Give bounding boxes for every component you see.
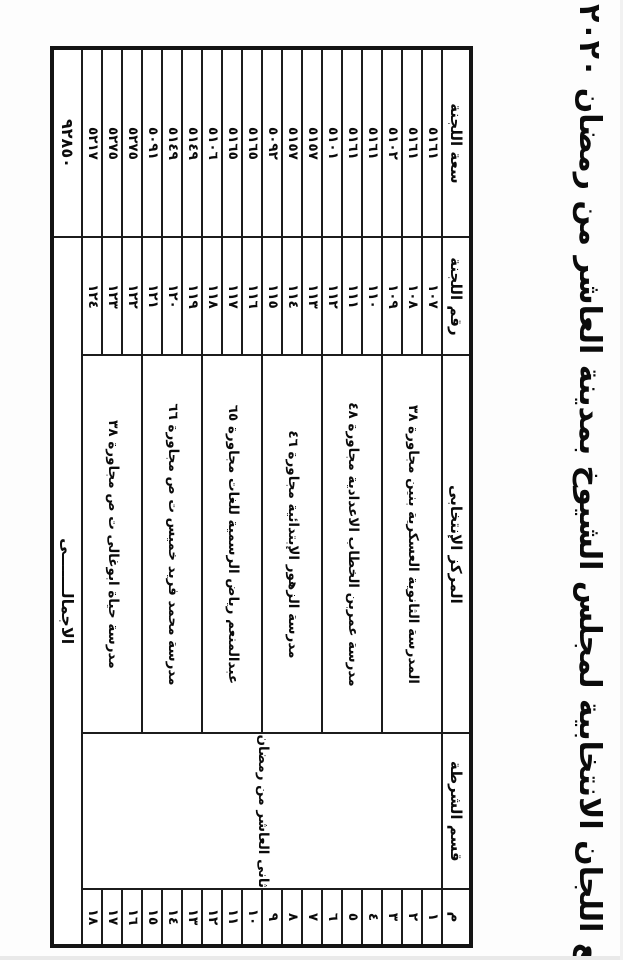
school-cell: المدرسة الثانوية العسكرية بنين مجاورة ٣٨ xyxy=(382,355,442,733)
committee-number-cell: ١١٥ xyxy=(262,237,282,355)
serial-cell: ١٧ xyxy=(102,889,122,946)
serial-cell: ٨ xyxy=(282,889,302,946)
committee-number-cell: ١٢٢ xyxy=(122,237,142,355)
serial-cell: ٣ xyxy=(382,889,402,946)
serial-cell: ١٢ xyxy=(202,889,222,946)
committee-number-cell: ١٢٠ xyxy=(162,237,182,355)
scanned-document: { "title": "مواقع اللجان الانتخابية لمجل… xyxy=(0,0,623,960)
header-capacity: سعة اللجنة xyxy=(442,48,471,237)
committee-number-cell: ١١١ xyxy=(342,237,362,355)
serial-cell: ١٠ xyxy=(242,889,262,946)
committee-number-cell: ١١٨ xyxy=(202,237,222,355)
capacity-cell: ٥١٤٩ xyxy=(182,48,202,237)
committee-number-cell: ١١٣ xyxy=(302,237,322,355)
header-police-station: قسم الشرطة xyxy=(442,733,471,889)
committee-number-cell: ١٢١ xyxy=(142,237,162,355)
committee-number-cell: ١١٧ xyxy=(222,237,242,355)
header-committee-number: رقم اللجنة xyxy=(442,237,471,355)
capacity-cell: ٥٠٩٢ xyxy=(262,48,282,237)
school-cell: مدرسة محمد فريد خميس ت ص مجاورة ٦٦ xyxy=(142,355,202,733)
committee-number-cell: ١٠٩ xyxy=(382,237,402,355)
school-cell: مدرسة حياة ابوغالى ت ص مجاورة ٣٨ xyxy=(82,355,142,733)
committee-number-cell: ١١٦ xyxy=(242,237,262,355)
capacity-cell: ٥٢٧٥ xyxy=(102,48,122,237)
header-serial: م xyxy=(442,889,471,946)
committee-number-cell: ١١٩ xyxy=(182,237,202,355)
capacity-cell: ٥٢٧٥ xyxy=(122,48,142,237)
committee-number-cell: ١٠٨ xyxy=(402,237,422,355)
serial-cell: ٢ xyxy=(402,889,422,946)
police-station-cell: ثانى العاشر من رمضان xyxy=(82,733,442,889)
capacity-cell: ٥١٥٧ xyxy=(282,48,302,237)
committee-number-cell: ١١٠ xyxy=(362,237,382,355)
committees-table: م قسم الشرطة المركز الإنتخابى رقم اللجنة… xyxy=(50,46,473,948)
serial-cell: ١٣ xyxy=(182,889,202,946)
capacity-cell: ٥١٥٧ xyxy=(302,48,322,237)
rotated-content: مواقع اللجان الانتخابية لمجلس الشيوخ بمد… xyxy=(0,0,623,960)
table-row: ١ ثانى العاشر من رمضان المدرسة الثانوية … xyxy=(422,48,442,946)
committee-number-cell: ١٢٣ xyxy=(102,237,122,355)
serial-cell: ٥ xyxy=(342,889,362,946)
total-label-cell: الاجمالـــــــى xyxy=(52,237,82,946)
serial-cell: ١٥ xyxy=(142,889,162,946)
scanned-page: مواقع اللجان الانتخابية لمجلس الشيوخ بمد… xyxy=(0,0,623,960)
school-cell: مدرسة الزهور الإبتدائية مجاورة ٤٦ xyxy=(262,355,322,733)
serial-cell: ١٨ xyxy=(82,889,102,946)
capacity-cell: ٥١٤٩ xyxy=(162,48,182,237)
capacity-cell: ٥١٦٥ xyxy=(222,48,242,237)
serial-cell: ١٦ xyxy=(122,889,142,946)
capacity-cell: ٥١٦٥ xyxy=(242,48,262,237)
school-cell: عبدالمنعم رياض الرسمية للغات مجاورة ٦٥ xyxy=(202,355,262,733)
capacity-cell: ٥٢١٧ xyxy=(82,48,102,237)
total-row: الاجمالـــــــى ٩٢٨٥٠ xyxy=(52,48,82,946)
serial-cell: ١١ xyxy=(222,889,242,946)
school-cell: مدرسة عمربن الخطاب الاعدادية مجاورة ٤٨ xyxy=(322,355,382,733)
serial-cell: ١٤ xyxy=(162,889,182,946)
serial-cell: ٤ xyxy=(362,889,382,946)
committee-number-cell: ١١٤ xyxy=(282,237,302,355)
capacity-cell: ٥١٠٢ xyxy=(382,48,402,237)
scan-edge xyxy=(0,956,623,960)
serial-cell: ٩ xyxy=(262,889,282,946)
capacity-cell: ٥١٠٦ xyxy=(202,48,222,237)
header-electoral-center: المركز الإنتخابى xyxy=(442,355,471,733)
serial-cell: ١ xyxy=(422,889,442,946)
capacity-cell: ٥١٦١ xyxy=(362,48,382,237)
committee-number-cell: ١٠٧ xyxy=(422,237,442,355)
capacity-cell: ٥١٦١ xyxy=(342,48,362,237)
committee-number-cell: ١١٢ xyxy=(322,237,342,355)
capacity-cell: ٥٠٩١ xyxy=(142,48,162,237)
page-title: مواقع اللجان الانتخابية لمجلس الشيوخ بمد… xyxy=(572,4,607,952)
header-row: م قسم الشرطة المركز الإنتخابى رقم اللجنة… xyxy=(442,48,471,946)
serial-cell: ٧ xyxy=(302,889,322,946)
serial-cell: ٦ xyxy=(322,889,342,946)
committee-number-cell: ١٢٤ xyxy=(82,237,102,355)
total-capacity-cell: ٩٢٨٥٠ xyxy=(52,48,82,237)
capacity-cell: ٥١٠١ xyxy=(322,48,342,237)
capacity-cell: ٥١٦١ xyxy=(422,48,442,237)
capacity-cell: ٥١٦١ xyxy=(402,48,422,237)
